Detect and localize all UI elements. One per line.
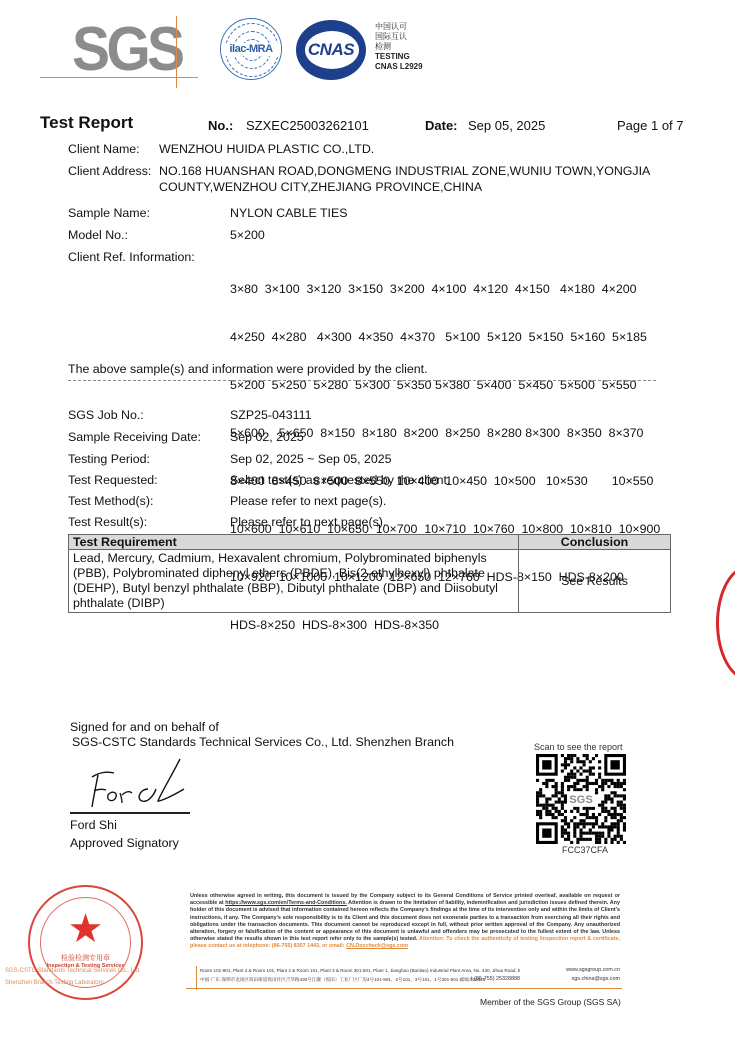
website-link[interactable]: www.sgsgroup.com.cn	[566, 966, 620, 975]
client-name: WENZHOU HUIDA PLASTIC CO.,LTD.	[159, 141, 374, 157]
ilac-mra-logo: ilac-MRA	[220, 18, 282, 80]
cnas-logo: CNAS	[296, 20, 366, 80]
qr-code[interactable]: SGS	[535, 754, 627, 844]
star-icon: ★	[30, 909, 141, 949]
sgs-logo-text: SGS	[72, 20, 181, 80]
member-note: Member of the SGS Group (SGS SA)	[480, 997, 621, 1007]
svg-text:SGS: SGS	[569, 794, 593, 806]
footer-company: SGS-CSTC Standards Technical Services Co…	[5, 965, 141, 989]
test-requirement-table: Test Requirement Conclusion Lead, Mercur…	[68, 534, 671, 613]
logo-rule-horizontal	[40, 77, 198, 78]
footer-address: Room 101-901, Plant 4 & Room 101, Plant …	[190, 966, 620, 984]
report-header: Test Report No.: SZXEC25003262101 Date: …	[40, 113, 700, 135]
provided-note: The above sample(s) and information were…	[68, 362, 428, 376]
model-no: 5×200	[230, 227, 265, 243]
sample-name: NYLON CABLE TIES	[230, 205, 348, 221]
signer-name: Ford Shi	[70, 818, 117, 832]
requirement-cell: Lead, Mercury, Cadmium, Hexavalent chrom…	[69, 550, 519, 613]
footer-rule	[186, 988, 622, 989]
report-date-label: Date:	[425, 118, 458, 133]
signing-company: SGS-CSTC Standards Technical Services Co…	[72, 735, 454, 749]
client-address: NO.168 HUANSHAN ROAD,DONGMENG INDUSTRIAL…	[159, 163, 650, 195]
terms-link[interactable]: https://www.sgs.com/en/Terms-and-Conditi…	[225, 900, 347, 906]
conclusion-cell: See Results	[519, 550, 671, 613]
signer-role: Approved Signatory	[70, 836, 179, 850]
handwritten-signature	[84, 755, 194, 813]
table-row: Lead, Mercury, Cadmium, Hexavalent chrom…	[69, 550, 671, 613]
report-title: Test Report	[40, 113, 133, 133]
dashed-divider	[68, 380, 656, 381]
page-indicator: Page 1 of 7	[617, 118, 684, 133]
page-edge-stamp	[716, 565, 735, 681]
signature-line	[70, 812, 190, 814]
sgs-logo: SGS	[62, 14, 192, 86]
qr-caption: Scan to see the report	[534, 742, 623, 752]
column-header: Test Requirement	[69, 535, 519, 550]
logo-rule-vertical	[176, 16, 177, 88]
report-date-value: Sep 05, 2025	[468, 118, 545, 133]
qr-verification-code: FCC37CFA	[562, 845, 608, 855]
signed-on-behalf: Signed for and on behalf of	[70, 720, 219, 734]
cnas-accreditation-text: 中国认可 国际互认 检测 TESTING CNAS L2929	[375, 22, 423, 72]
column-header: Conclusion	[519, 535, 671, 550]
report-no-label: No.:	[208, 118, 233, 133]
doccheck-email-link[interactable]: CN.Doccheck@sgs.com	[346, 943, 408, 949]
report-no-value: SZXEC25003262101	[246, 118, 369, 133]
email-link[interactable]: sgs.china@sgs.com	[572, 975, 620, 984]
legal-disclaimer: Unless otherwise agreed in writing, this…	[190, 893, 620, 951]
